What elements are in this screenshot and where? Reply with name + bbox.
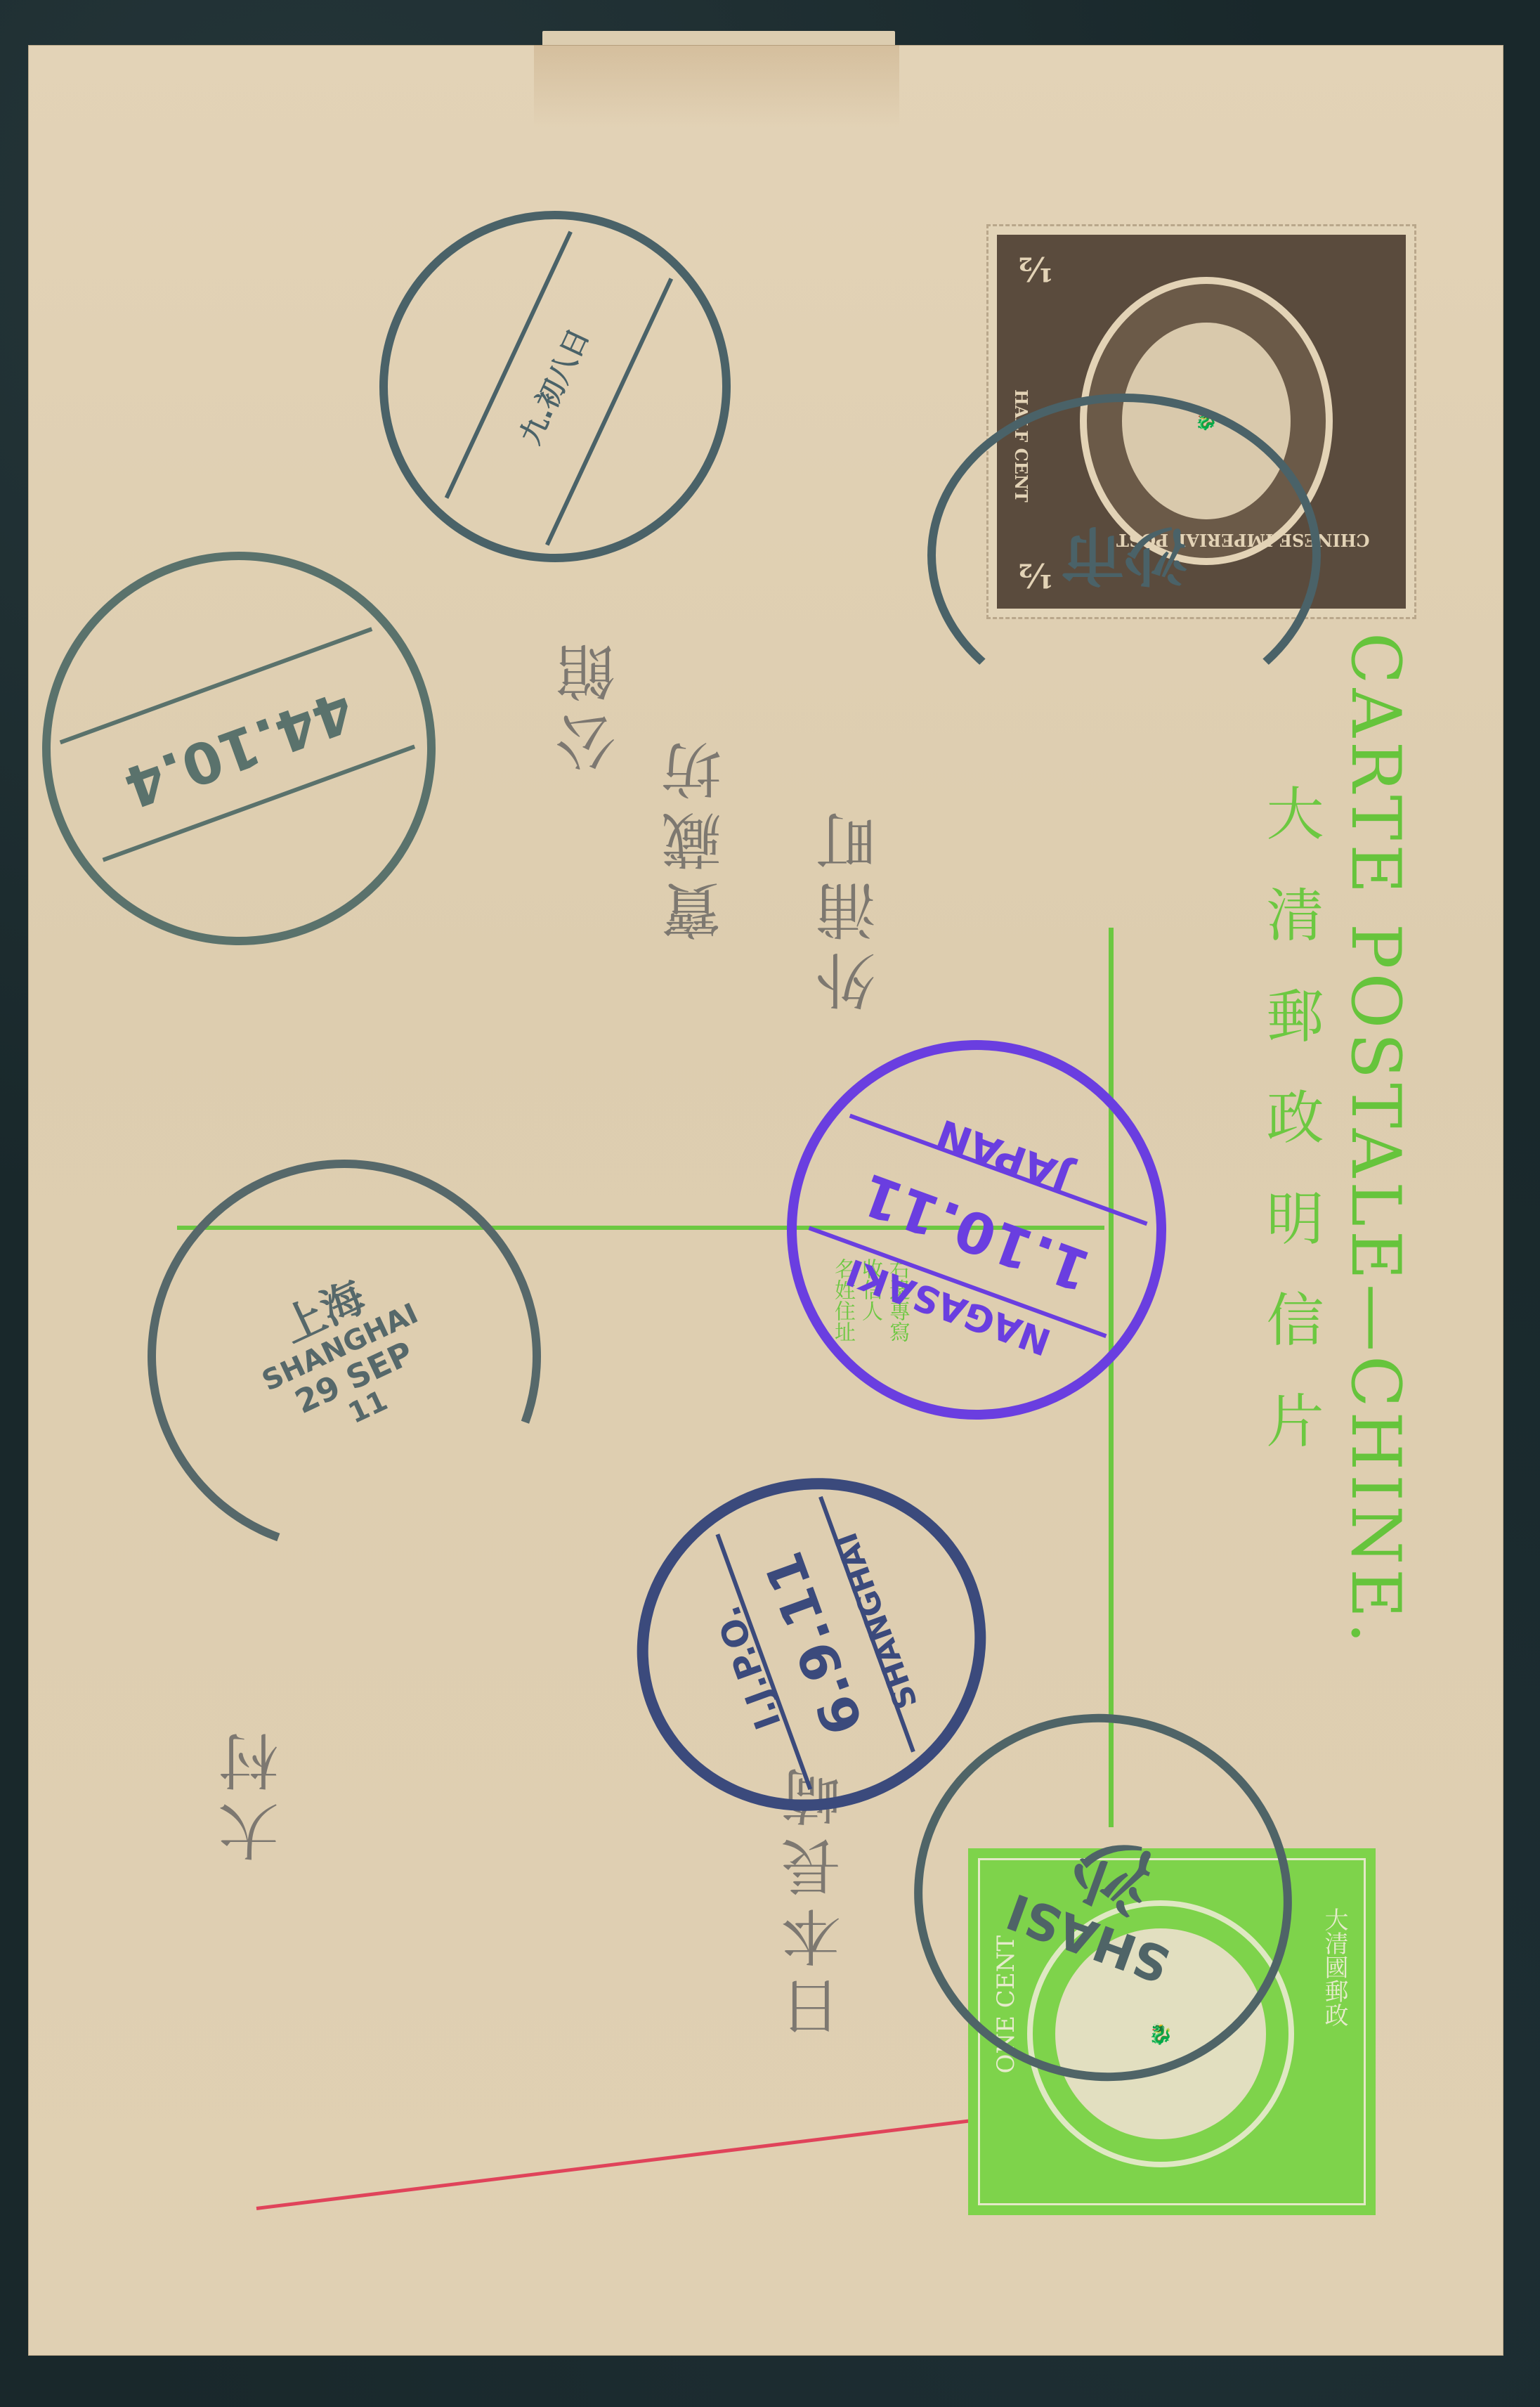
postmark-shasi-adhesive: 沙市	[927, 394, 1321, 717]
imprint-chinese-title: 大清郵政明信片	[1261, 784, 1319, 1492]
handwriting-column: 寶藏坊	[653, 731, 740, 942]
stamp-cn-inscription: 大清國郵政	[1317, 1907, 1352, 2027]
handwriting-column: 大村	[211, 1722, 298, 1862]
divider-vertical	[1109, 928, 1114, 1827]
paper-stain	[534, 45, 899, 129]
handwriting-column: 公館	[548, 632, 635, 773]
handwriting-column: 外浦町	[808, 801, 895, 1012]
imprint-carte-postale: CARTE POSTALE—CHINE.	[1342, 632, 1409, 1648]
stamp-value-corner: ½	[1018, 249, 1053, 288]
